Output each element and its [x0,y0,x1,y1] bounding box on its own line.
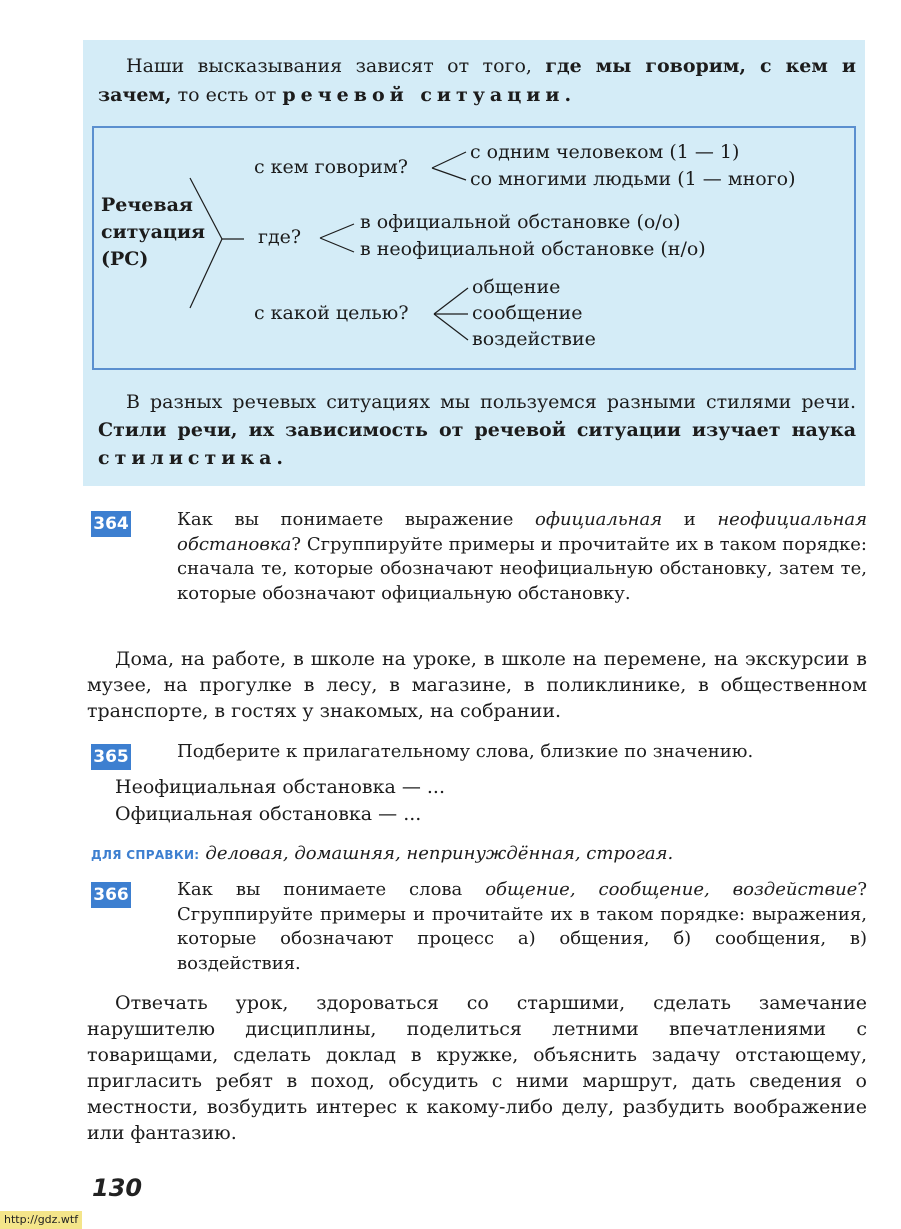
answer-message: сообщение [472,302,582,324]
exercise-number-364: 364 [91,511,131,537]
exercise-366-examples: Отвечать урок, здороваться со старшими, … [87,990,867,1146]
conclusion-text: В разных речевых ситуациях мы пользуемся… [126,391,856,413]
conclusion-bold: Стили речи, их зависимость от речевой си… [98,419,856,441]
root-line-1: Речевая [101,192,205,219]
answer-one-person: с одним человеком (1 — 1) [470,141,739,163]
branch-purpose: с какой целью? [254,302,409,324]
answer-official: в официальной обстановке (о/о) [360,211,681,233]
answer-unofficial: в неофициальной обстановке (н/о) [360,238,706,260]
branch-with-whom: с кем говорим? [254,156,408,178]
speech-situation-diagram: Речевая ситуация (РС) с кем говорим? с о… [92,126,856,370]
exercise-364-task: Как вы понимаете выражение официальная и… [177,508,867,606]
branch-where: где? [258,226,301,248]
page-number: 130 [92,1174,142,1202]
exercise-366-task: Как вы понимаете слова общение, сообщени… [177,878,867,976]
exercise-365-line-2: Официальная обстановка — ... [115,803,421,825]
term-speech-situation: речевой ситуации. [282,84,576,106]
task-text: Как вы понимаете слова [177,879,485,900]
reference-hint: ДЛЯ СПРАВКИ:деловая, домашняя, непринужд… [91,843,673,864]
term-stylistics: стилистика. [98,447,288,469]
root-line-3: (РС) [101,246,205,273]
conclusion-paragraph: В разных речевых ситуациях мы пользуемся… [98,388,856,472]
answer-many-people: со многими людьми (1 — много) [470,168,796,190]
diagram-root: Речевая ситуация (РС) [101,192,205,273]
reference-label: ДЛЯ СПРАВКИ: [91,848,199,862]
answer-influence: воздействие [472,328,596,350]
intro-paragraph: Наши высказывания зависят от того, где м… [98,52,856,110]
watermark-link[interactable]: http://gdz.wtf [0,1211,82,1229]
exercise-365-task: Подберите к прилагательному слова, близк… [177,740,867,765]
task-italic: общение, сообщение, воздействие [485,879,857,900]
intro-text: Наши высказывания зависят от того, [126,55,545,77]
intro-text-2: то есть от [172,84,283,106]
task-italic: официальная [535,509,662,530]
task-text: и [662,509,717,530]
exercise-365-line-1: Неофициальная обстановка — ... [115,776,445,798]
exercise-number-365: 365 [91,744,131,770]
exercise-number-366: 366 [91,882,131,908]
answer-communication: общение [472,276,560,298]
task-text: Как вы понимаете выражение [177,509,535,530]
root-line-2: ситуация [101,219,205,246]
exercise-364-examples: Дома, на работе, в школе на уроке, в шко… [87,646,867,724]
reference-words: деловая, домашняя, непринуждённая, строг… [205,843,673,864]
